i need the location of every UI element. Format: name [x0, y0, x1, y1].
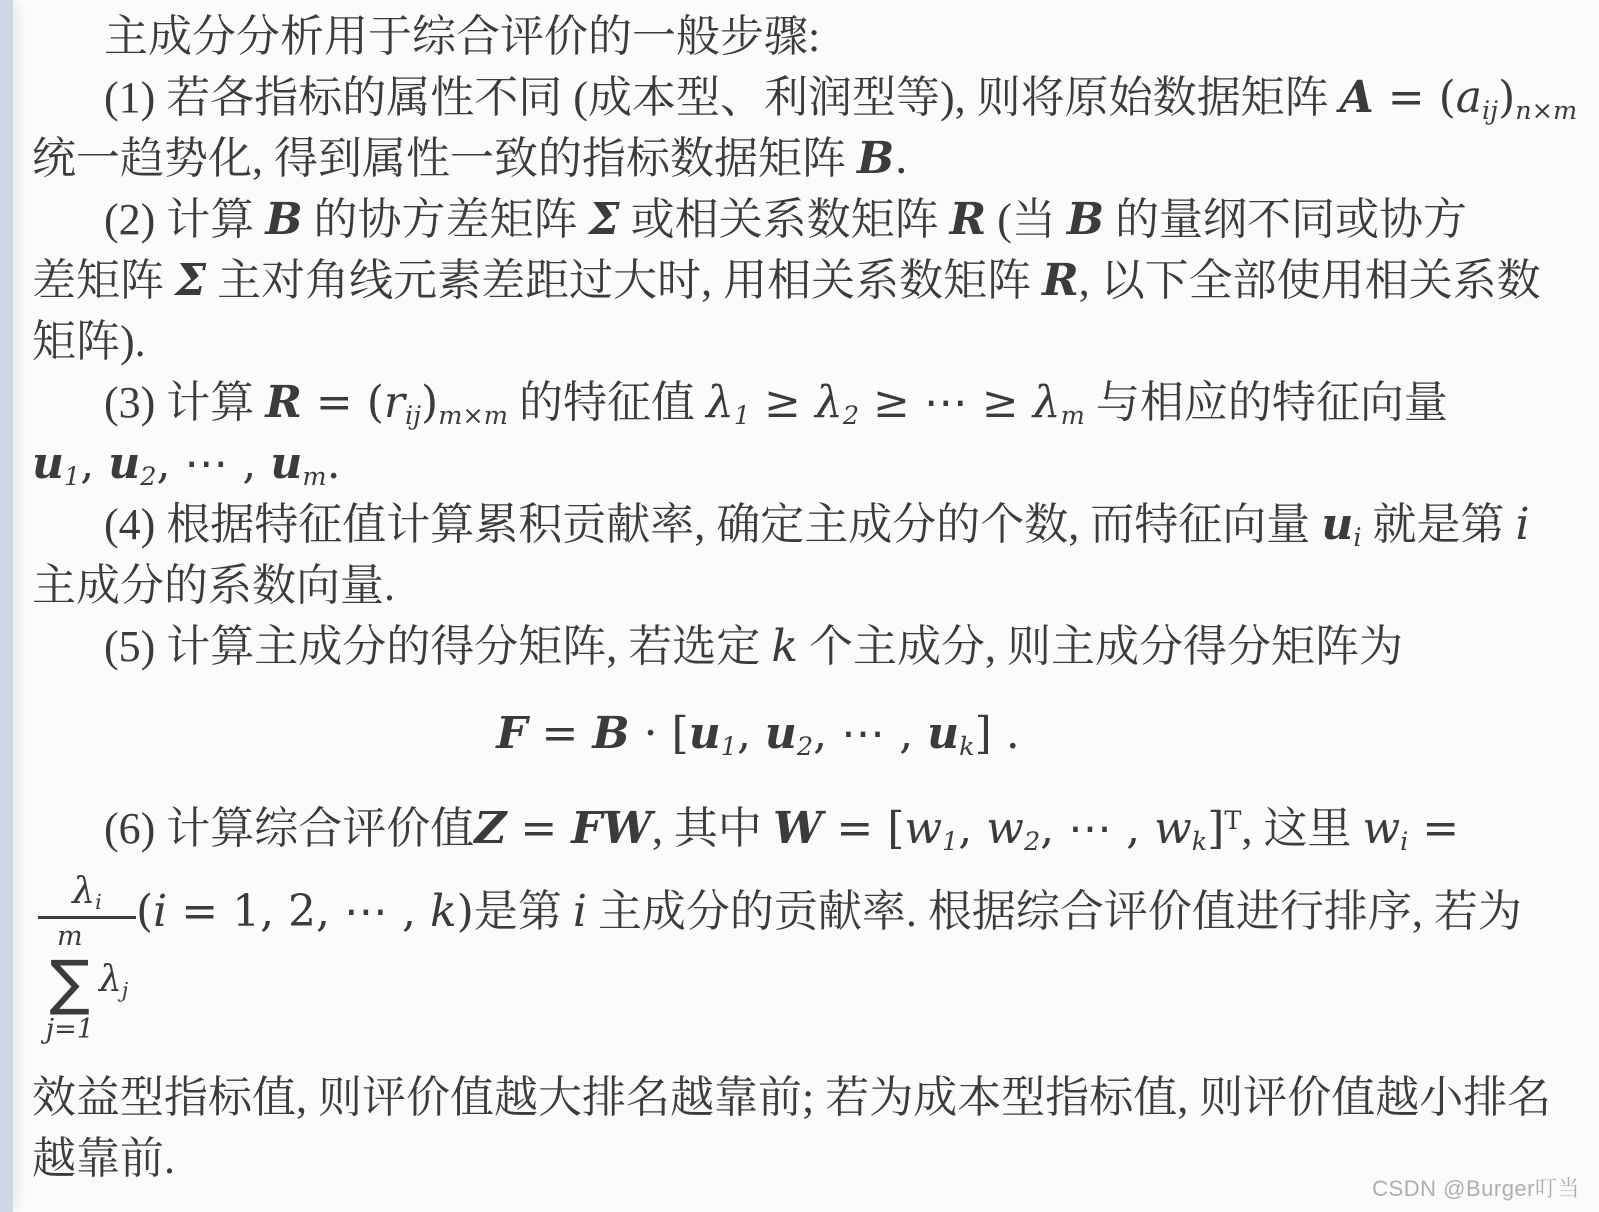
- step2-line3: 矩阵).: [32, 311, 1484, 372]
- text-segment: 2: [1024, 827, 1040, 857]
- text-segment: A: [1340, 72, 1374, 123]
- step6-line4: 越靠前.: [32, 1128, 1484, 1189]
- text-segment: u: [270, 438, 302, 489]
- fraction-denominator: m ∑ j=1 λj: [46, 922, 129, 1046]
- text-segment: B: [1067, 194, 1104, 245]
- text-segment: 主成分分析用于综合评价的一般步骤:: [104, 12, 820, 61]
- text-segment: m×m: [438, 401, 508, 431]
- lambda-symbol: λ: [99, 959, 122, 1000]
- text-segment: 的量纲不同或协方: [1104, 195, 1467, 244]
- text-segment: k: [430, 886, 457, 937]
- text-segment: m: [302, 462, 326, 492]
- step5-line1: (5) 计算主成分的得分矩阵, 若选定 k 个主成分, 则主成分得分矩阵为: [32, 616, 1484, 677]
- step2-line2: 差矩阵 Σ 主对角线元素差距过大时, 用相关系数矩阵 R, 以下全部使用相关系数: [32, 250, 1484, 311]
- text-segment: ij: [405, 401, 421, 431]
- text-segment: 矩阵).: [32, 317, 146, 366]
- text-segment: = [: [822, 803, 904, 854]
- step6-fraction-line: λi m ∑ j=1 λj (i = 1, 2, ⋯ , k)是第 i 主成分的…: [32, 869, 1484, 1061]
- text-segment: ,: [80, 438, 108, 489]
- text-segment: W: [773, 803, 822, 854]
- denominator-subscript: j: [122, 978, 128, 1002]
- text-segment: FW: [571, 803, 652, 854]
- text-segment: .: [894, 133, 908, 184]
- text-segment: n×m: [1515, 96, 1577, 126]
- text-segment: 统一趋势化, 得到属性一致的指标数据矩阵: [32, 134, 857, 183]
- text-segment: = 1, 2, ⋯ ,: [167, 886, 430, 937]
- text-segment: T: [1224, 806, 1241, 836]
- text-segment: (: [136, 886, 153, 937]
- text-segment: (4) 根据特征值计算累积贡献率, 确定主成分的个数, 而特征向量: [104, 500, 1321, 549]
- text-segment: · [: [630, 708, 689, 759]
- text-segment: Σ: [175, 255, 206, 306]
- fraction-bar: [38, 916, 136, 919]
- text-segment: B: [265, 194, 302, 245]
- text-segment: R: [1042, 255, 1079, 306]
- text-segment: 主成分的系数向量.: [32, 561, 395, 610]
- text-segment: (6) 计算综合评价值: [104, 804, 474, 853]
- text-segment: ,: [958, 803, 986, 854]
- text-segment: k: [1192, 827, 1207, 857]
- text-segment: 1: [734, 401, 750, 431]
- step6-fraction-tail: (i = 1, 2, ⋯ , k)是第 i 主成分的贡献率. 根据综合评价值进行…: [136, 881, 1522, 942]
- denominator-term: λj: [99, 958, 128, 1000]
- text-segment: (5) 计算主成分的得分矩阵, 若选定: [104, 622, 771, 671]
- text-segment: , 以下全部使用相关系数: [1079, 256, 1541, 305]
- text-segment: u: [689, 708, 721, 759]
- title-line: 主成分分析用于综合评价的一般步骤:: [32, 6, 1484, 67]
- text-segment: 或相关系数矩阵: [620, 195, 950, 244]
- text-segment: w: [986, 803, 1024, 854]
- text-segment: λ: [1033, 377, 1061, 428]
- text-segment: (2) 计算: [104, 195, 265, 244]
- text-segment: w: [1362, 803, 1400, 854]
- text-segment: k: [771, 621, 798, 672]
- text-segment: 2: [843, 401, 859, 431]
- text-segment: 2: [140, 462, 156, 492]
- text-segment: i: [153, 886, 167, 937]
- text-segment: i: [573, 886, 587, 937]
- text-segment: (3) 计算: [104, 378, 265, 427]
- text-segment: 越靠前.: [32, 1134, 175, 1183]
- step1-line1: (1) 若各指标的属性不同 (成本型、利润型等), 则将原始数据矩阵 A = (…: [32, 67, 1484, 128]
- text-segment: k: [959, 732, 974, 762]
- text-segment: 效益型指标值, 则评价值越大排名越靠前; 若为成本型指标值, 则评价值越小排名: [32, 1073, 1551, 1122]
- text-segment: (1) 若各指标的属性不同 (成本型、利润型等), 则将原始数据矩阵: [104, 73, 1340, 122]
- step2-line1: (2) 计算 B 的协方差矩阵 Σ 或相关系数矩阵 R (当 B 的量纲不同或协…: [32, 189, 1484, 250]
- text-segment: Z: [474, 803, 506, 854]
- text-segment: 是第: [474, 887, 573, 936]
- text-segment: a: [1456, 72, 1482, 123]
- text-segment: 与相应的特征向量: [1085, 378, 1448, 427]
- text-segment: u: [927, 708, 959, 759]
- step6-line3: 效益型指标值, 则评价值越大排名越靠前; 若为成本型指标值, 则评价值越小排名: [32, 1067, 1484, 1128]
- text-segment: u: [1321, 499, 1353, 550]
- text-segment: 主对角线元素差距过大时, 用相关系数矩阵: [206, 256, 1042, 305]
- text-segment: λ: [815, 377, 843, 428]
- text-segment: B: [592, 708, 629, 759]
- text-segment: 个主成分, 则主成分得分矩阵为: [798, 622, 1403, 671]
- text-segment: , 其中: [652, 804, 773, 853]
- text-segment: , ⋯ ,: [813, 708, 927, 759]
- text-segment: (当: [986, 195, 1067, 244]
- text-segment: R: [950, 194, 987, 245]
- sigma-symbol: ∑: [50, 952, 90, 1014]
- sum-lower-limit: j=1: [46, 1014, 94, 1046]
- step4-line2: 主成分的系数向量.: [32, 555, 1484, 616]
- text-segment: = (: [302, 377, 384, 428]
- text-segment: w: [904, 803, 942, 854]
- text-segment: 的协方差矩阵: [303, 195, 589, 244]
- text-segment: ): [421, 377, 438, 428]
- text-segment: 就是第: [1361, 500, 1515, 549]
- text-segment: m: [1061, 401, 1085, 431]
- score-matrix-formula: F = B · [u1, u2, ⋯ , uk] .: [32, 703, 1484, 764]
- text-segment: 1: [942, 827, 958, 857]
- text-segment: i: [1515, 499, 1529, 550]
- lambda-symbol: λ: [72, 871, 95, 912]
- text-segment: ): [1498, 72, 1515, 123]
- step6-line1: (6) 计算综合评价值Z = FW, 其中 W = [w1, w2, ⋯ , w…: [32, 798, 1484, 859]
- text-segment: 的特征值: [508, 378, 706, 427]
- text-segment: u: [32, 438, 64, 489]
- summation: m ∑ j=1: [46, 922, 94, 1046]
- text-segment: 差矩阵: [32, 256, 175, 305]
- step1-line2: 统一趋势化, 得到属性一致的指标数据矩阵 B.: [32, 128, 1484, 189]
- text-segment: R: [265, 377, 302, 428]
- fraction-numerator: λi: [72, 869, 102, 914]
- text-segment: ij: [1482, 96, 1498, 126]
- text-segment: r: [384, 377, 405, 428]
- text-segment: 2: [797, 732, 813, 762]
- text-segment: =: [1408, 803, 1459, 854]
- text-segment: , ⋯ ,: [1040, 803, 1154, 854]
- text-segment: 主成分的贡献率. 根据综合评价值进行排序, 若为: [587, 887, 1522, 936]
- contribution-rate-fraction: λi m ∑ j=1 λj: [38, 869, 136, 1046]
- text-segment: ]: [1207, 803, 1224, 854]
- text-segment: ≥: [750, 377, 815, 428]
- watermark: CSDN @Burger叮当: [1372, 1172, 1580, 1203]
- text-segment: B: [857, 133, 894, 184]
- text-segment: ] .: [975, 708, 1020, 759]
- text-segment: u: [108, 438, 140, 489]
- text-segment: =: [528, 708, 593, 759]
- text-segment: .: [327, 438, 341, 489]
- text-segment: =: [506, 803, 571, 854]
- text-segment: ): [457, 886, 474, 937]
- document-content: 主成分分析用于综合评价的一般步骤: (1) 若各指标的属性不同 (成本型、利润型…: [32, 6, 1484, 1189]
- text-segment: ,: [737, 708, 765, 759]
- text-segment: , ⋯ ,: [156, 438, 270, 489]
- step4-line1: (4) 根据特征值计算累积贡献率, 确定主成分的个数, 而特征向量 ui 就是第…: [32, 494, 1484, 555]
- step3-line1: (3) 计算 R = (rij)m×m 的特征值 λ1 ≥ λ2 ≥ ⋯ ≥ λ…: [32, 372, 1484, 433]
- text-segment: u: [765, 708, 797, 759]
- page-left-edge: [0, 0, 13, 1212]
- text-segment: 1: [721, 732, 737, 762]
- step3-line2: u1, u2, ⋯ , um.: [32, 433, 1484, 494]
- text-segment: w: [1154, 803, 1192, 854]
- text-segment: F: [496, 708, 527, 759]
- text-segment: , 这里: [1241, 804, 1362, 853]
- text-segment: ≥ ⋯ ≥: [859, 377, 1033, 428]
- text-segment: 1: [64, 462, 80, 492]
- text-segment: Σ: [589, 194, 620, 245]
- text-segment: λ: [706, 377, 734, 428]
- numerator-subscript: i: [95, 890, 102, 914]
- text-segment: = (: [1374, 72, 1456, 123]
